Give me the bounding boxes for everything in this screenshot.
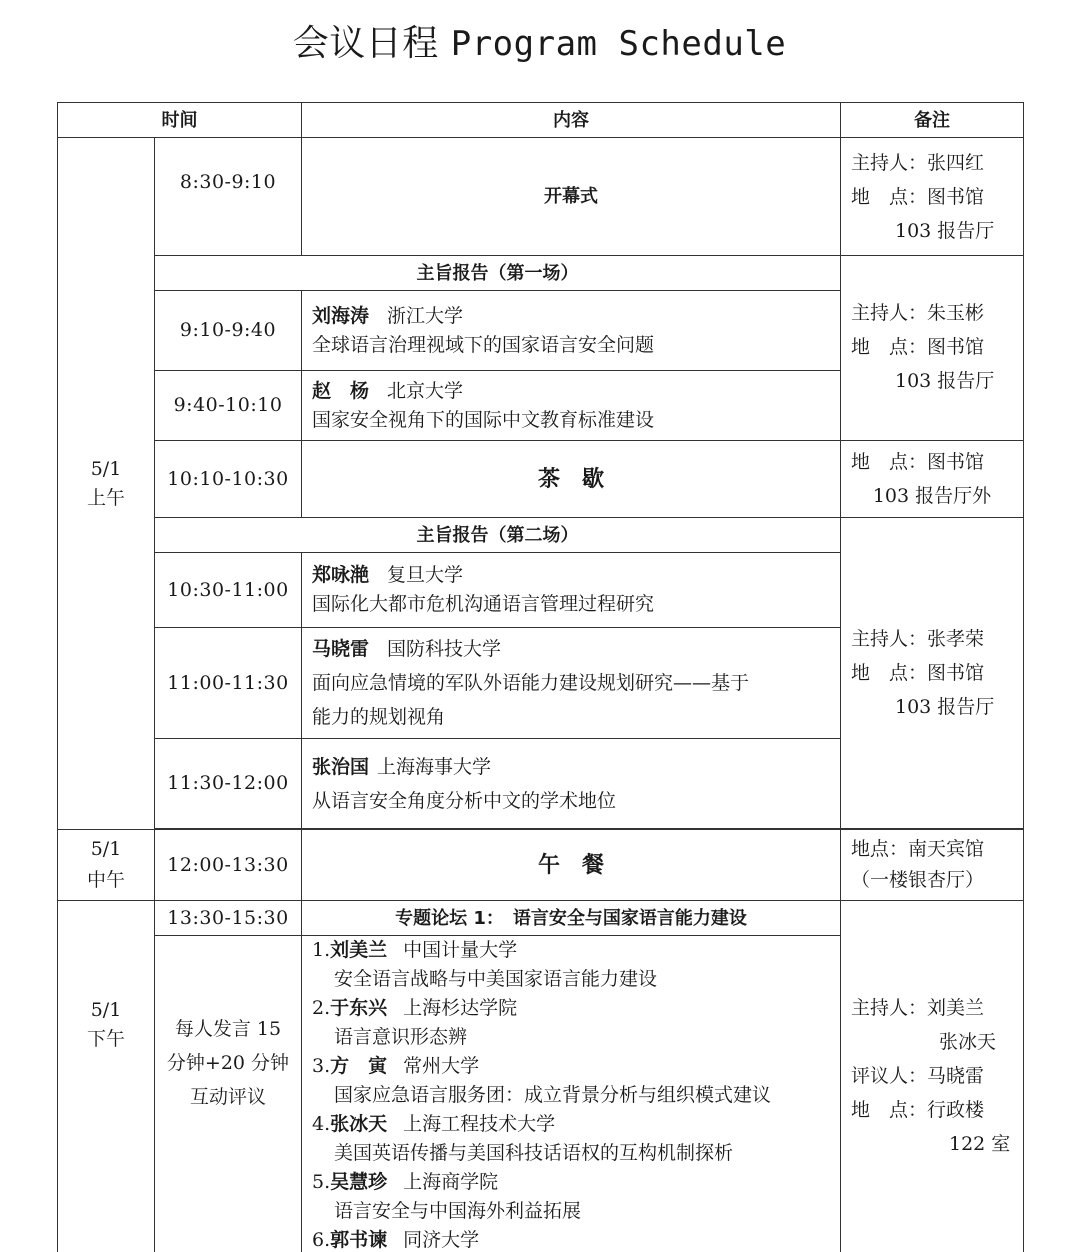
afternoon-date: 5/1	[58, 996, 154, 1025]
keynote2-notes: 主持人：张孝荣 地 点：图书馆 103 报告厅	[841, 518, 1024, 829]
talk-time: 10:30-11:00	[155, 553, 302, 628]
talk-content: 赵 杨北京大学 国家安全视角下的国际中文教育标准建设	[302, 371, 841, 441]
forum-host-label: 主持人：	[851, 997, 927, 1019]
forum-time: 13:30-15:30	[155, 901, 302, 936]
morning-period: 上午	[58, 484, 154, 513]
tea-break-time: 10:10-10:30	[155, 441, 302, 518]
talk-number: 2.	[312, 997, 330, 1019]
speaker-name: 张冰天	[330, 1113, 387, 1135]
speaker-name: 赵 杨	[312, 380, 369, 402]
talk-topic: 从语言安全角度分析中文的学术地位	[312, 784, 830, 818]
afternoon-period: 下午	[58, 1025, 154, 1054]
speaker-name: 于东兴	[330, 997, 387, 1019]
opening-time: 8:30-9:10	[155, 138, 302, 256]
keynote2-room: 103 报告厅	[851, 690, 1013, 724]
forum-format: 每人发言 15 分钟+20 分钟 互动评议	[155, 936, 302, 1252]
morning-date: 5/1	[58, 455, 154, 484]
tea-break-room: 103 报告厅外	[851, 479, 1013, 513]
header-row: 时间 内容 备注	[58, 103, 1024, 138]
lunch-room: （一楼银杏厅）	[851, 865, 1013, 896]
talk-content: 马晓雷国防科技大学 面向应急情境的军队外语能力建设规划研究——基于 能力的规划视…	[302, 628, 841, 739]
keynote2-host: 主持人：张孝荣	[851, 622, 1013, 656]
forum-host-1: 刘美兰	[927, 997, 984, 1019]
forum-talk-header: 6.郭书谏同济大学	[312, 1226, 830, 1252]
opening-room: 103 报告厅	[851, 214, 1013, 248]
row-opening: 5/1 上午 8:30-9:10 开幕式 主持人：张四红 地 点：图书馆 103…	[58, 138, 1024, 256]
title-en: Program Schedule	[451, 24, 787, 64]
forum-location-label: 地 点：	[851, 1099, 927, 1121]
forum-format-line2: 分钟+20 分钟	[155, 1046, 301, 1080]
talk-topic: 国家安全视角下的国际中文教育标准建设	[312, 406, 830, 435]
row-forum-title: 5/1 下午 13:30-15:30 专题论坛 1： 语言安全与国家语言能力建设…	[58, 901, 1024, 936]
noon-period: 中午	[58, 865, 154, 896]
forum-host-2: 张冰天	[851, 1025, 1013, 1059]
talk-topic: 全球语言治理视域下的国家语言安全问题	[312, 331, 830, 360]
forum-talk-header: 5.吴慧珍上海商学院	[312, 1168, 830, 1197]
speaker-affiliation: 浙江大学	[387, 305, 463, 327]
forum-talk-header: 1.刘美兰中国计量大学	[312, 936, 830, 965]
talk-topic: 国际化大都市危机沟通语言管理过程研究	[312, 590, 830, 619]
forum-reviewer: 马晓雷	[927, 1065, 984, 1087]
forum-talk-header: 2.于东兴上海杉达学院	[312, 994, 830, 1023]
talk-number: 6.	[312, 1229, 330, 1251]
forum-reviewer-label: 评议人：	[851, 1065, 927, 1087]
talk-content: 张治国上海海事大学 从语言安全角度分析中文的学术地位	[302, 739, 841, 829]
speaker-affiliation: 上海杉达学院	[403, 997, 517, 1019]
talk-number: 3.	[312, 1055, 330, 1077]
tea-break-event: 茶歇	[302, 441, 841, 518]
speaker-affiliation: 复旦大学	[387, 564, 463, 586]
header-content: 内容	[302, 103, 841, 138]
keynote2-location: 地 点：图书馆	[851, 656, 1013, 690]
keynote1-room: 103 报告厅	[851, 364, 1013, 398]
tea-break-location: 地 点：图书馆	[851, 445, 1013, 479]
tea-break-notes: 地 点：图书馆 103 报告厅外	[841, 441, 1024, 518]
row-lunch: 5/1 中午 12:00-13:30 午餐 地点：南天宾馆 （一楼银杏厅）	[58, 830, 1024, 901]
keynote2-title: 主旨报告（第二场）	[155, 518, 841, 553]
speaker-name: 张治国	[312, 756, 369, 778]
opening-host: 主持人：张四红	[851, 146, 1013, 180]
speaker-name: 刘海涛	[312, 305, 369, 327]
talk-number: 4.	[312, 1113, 330, 1135]
opening-location: 地 点：图书馆	[851, 180, 1013, 214]
forum-location: 行政楼	[927, 1099, 984, 1121]
row-tea-break: 10:10-10:30 茶歇 地 点：图书馆 103 报告厅外	[58, 441, 1024, 518]
speaker-affiliation: 同济大学	[403, 1229, 479, 1251]
forum-notes: 主持人：刘美兰 张冰天 评议人：马晓雷 地 点：行政楼 122 室	[841, 901, 1024, 1252]
opening-notes: 主持人：张四红 地 点：图书馆 103 报告厅	[841, 138, 1024, 256]
speaker-name: 吴慧珍	[330, 1171, 387, 1193]
keynote1-title: 主旨报告（第一场）	[155, 256, 841, 291]
morning-date-cell: 5/1 上午	[58, 138, 155, 830]
talk-content: 郑咏滟复旦大学 国际化大都市危机沟通语言管理过程研究	[302, 553, 841, 628]
forum-format-line3: 互动评议	[155, 1080, 301, 1114]
talk-topic: 安全语言战略与中美国家语言能力建设	[312, 965, 830, 994]
header-notes: 备注	[841, 103, 1024, 138]
talk-time: 11:30-12:00	[155, 739, 302, 829]
title-cn: 会议日程	[293, 23, 439, 64]
talk-time: 11:00-11:30	[155, 628, 302, 739]
noon-date-cell: 5/1 中午	[58, 830, 155, 901]
speaker-name: 郑咏滟	[312, 564, 369, 586]
speaker-affiliation: 上海海事大学	[377, 756, 491, 778]
speaker-name: 郭书谏	[330, 1229, 387, 1251]
speaker-affiliation: 国防科技大学	[387, 638, 501, 660]
row-keynote2-title: 主旨报告（第二场） 主持人：张孝荣 地 点：图书馆 103 报告厅	[58, 518, 1024, 553]
keynote1-notes: 主持人：朱玉彬 地 点：图书馆 103 报告厅	[841, 256, 1024, 441]
forum-room: 122 室	[851, 1127, 1013, 1161]
forum-talk-list: 1.刘美兰中国计量大学 安全语言战略与中美国家语言能力建设 2.于东兴上海杉达学…	[302, 936, 841, 1252]
lunch-time: 12:00-13:30	[155, 830, 302, 901]
row-keynote1-title: 主旨报告（第一场） 主持人：朱玉彬 地 点：图书馆 103 报告厅	[58, 256, 1024, 291]
header-time: 时间	[58, 103, 302, 138]
opening-event: 开幕式	[302, 138, 841, 256]
page-title: 会议日程 Program Schedule	[0, 18, 1079, 70]
afternoon-date-cell: 5/1 下午	[58, 901, 155, 1252]
speaker-name: 刘美兰	[330, 939, 387, 961]
speaker-affiliation: 中国计量大学	[403, 939, 517, 961]
talk-topic: 语言意识形态辨	[312, 1023, 830, 1052]
talk-number: 1.	[312, 939, 330, 961]
talk-topic-line1: 面向应急情境的军队外语能力建设规划研究——基于	[312, 666, 830, 700]
lunch-event: 午餐	[302, 830, 841, 901]
lunch-notes: 地点：南天宾馆 （一楼银杏厅）	[841, 830, 1024, 901]
speaker-affiliation: 上海商学院	[403, 1171, 498, 1193]
talk-topic: 语言安全与中国海外利益拓展	[312, 1197, 830, 1226]
keynote1-location: 地 点：图书馆	[851, 330, 1013, 364]
lunch-location: 地点：南天宾馆	[851, 834, 1013, 865]
talk-number: 5.	[312, 1171, 330, 1193]
speaker-affiliation: 上海工程技术大学	[403, 1113, 555, 1135]
talk-time: 9:10-9:40	[155, 291, 302, 371]
forum-talk-header: 4.张冰天上海工程技术大学	[312, 1110, 830, 1139]
schedule-table: 时间 内容 备注 5/1 上午 8:30-9:10 开幕式 主持人：张四红 地 …	[57, 102, 1024, 1252]
speaker-name: 马晓雷	[312, 638, 369, 660]
talk-topic: 国家应急语言服务团：成立背景分析与组织模式建议	[312, 1081, 830, 1110]
speaker-name: 方 寅	[330, 1055, 387, 1077]
talk-topic: 美国英语传播与美国科技话语权的互构机制探析	[312, 1139, 830, 1168]
talk-topic-line2: 能力的规划视角	[312, 700, 830, 734]
forum-title: 专题论坛 1： 语言安全与国家语言能力建设	[302, 901, 841, 936]
forum-talk-header: 3.方 寅常州大学	[312, 1052, 830, 1081]
speaker-affiliation: 北京大学	[387, 380, 463, 402]
speaker-affiliation: 常州大学	[403, 1055, 479, 1077]
talk-time: 9:40-10:10	[155, 371, 302, 441]
forum-format-line1: 每人发言 15	[155, 1012, 301, 1046]
keynote1-host: 主持人：朱玉彬	[851, 296, 1013, 330]
noon-date: 5/1	[58, 834, 154, 865]
talk-content: 刘海涛浙江大学 全球语言治理视域下的国家语言安全问题	[302, 291, 841, 371]
